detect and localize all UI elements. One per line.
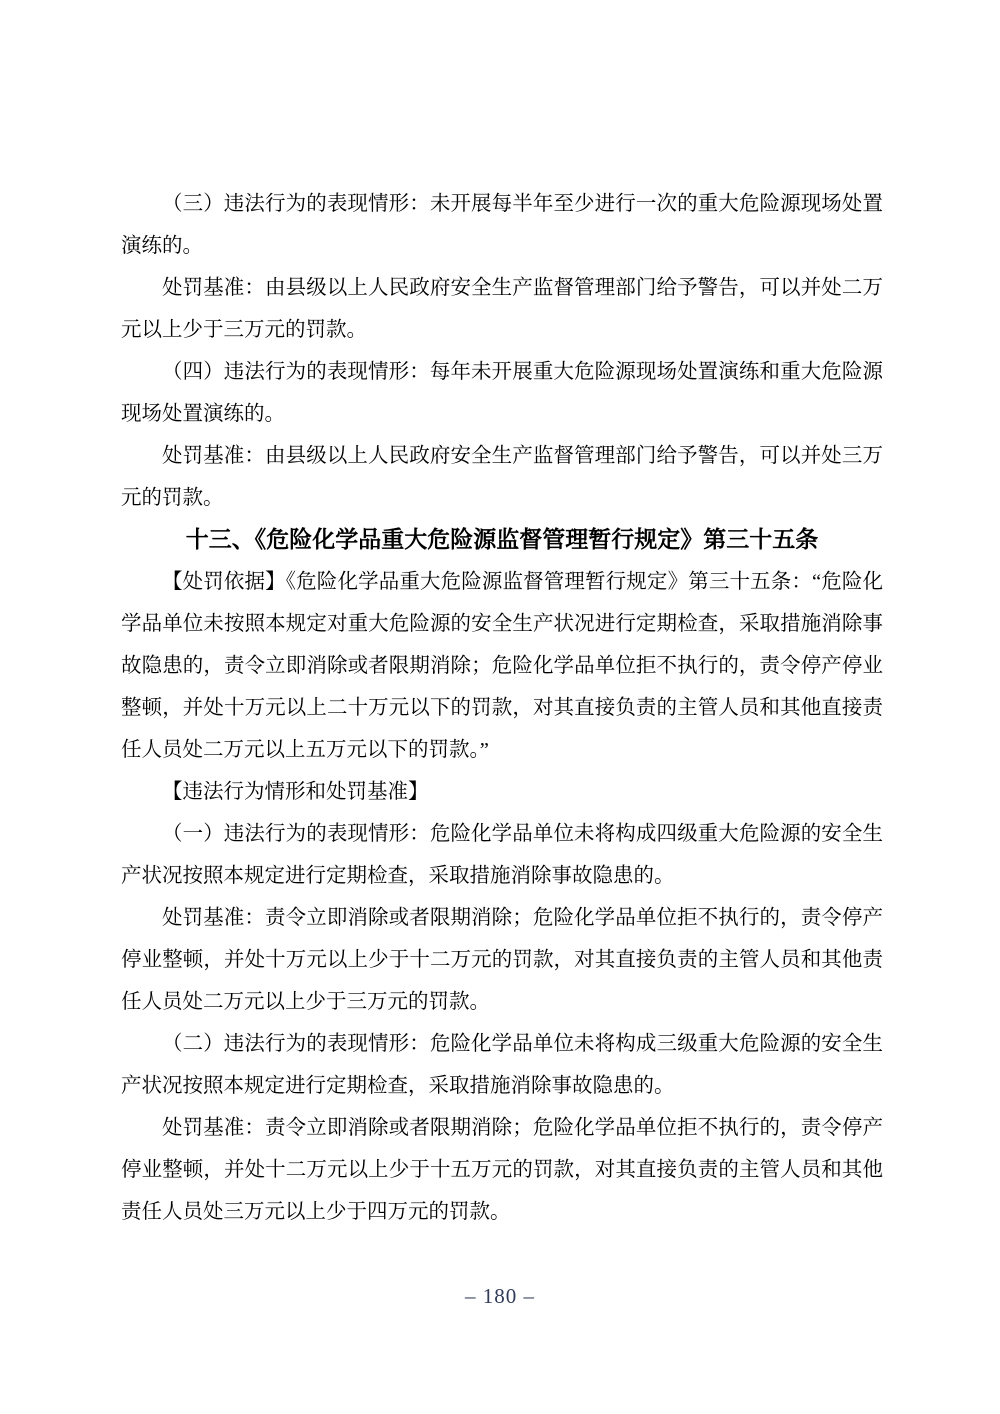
paragraph-violation-3: （三）违法行为的表现情形：未开展每半年至少进行一次的重大危险源现场处置演练的。 xyxy=(121,183,883,267)
document-body: （三）违法行为的表现情形：未开展每半年至少进行一次的重大危险源现场处置演练的。 … xyxy=(121,183,883,1233)
paragraph-violation-1: （一）违法行为的表现情形：危险化学品单位未将构成四级重大危险源的安全生产状况按照… xyxy=(121,813,883,897)
page-number: – 180 – xyxy=(465,1284,535,1308)
paragraph-violation-4: （四）违法行为的表现情形：每年未开展重大危险源现场处置演练和重大危险源现场处置演… xyxy=(121,351,883,435)
paragraph-violation-2: （二）违法行为的表现情形：危险化学品单位未将构成三级重大危险源的安全生产状况按照… xyxy=(121,1023,883,1107)
paragraph-penalty-basis-4: 处罚基准：由县级以上人民政府安全生产监督管理部门给予警告，可以并处三万元的罚款。 xyxy=(121,435,883,519)
paragraph-penalty-basis-3: 处罚基准：由县级以上人民政府安全生产监督管理部门给予警告，可以并处二万元以上少于… xyxy=(121,267,883,351)
document-page: （三）违法行为的表现情形：未开展每半年至少进行一次的重大危险源现场处置演练的。 … xyxy=(0,0,1000,1414)
page-footer: – 180 – xyxy=(0,1284,1000,1309)
paragraph-penalty-basis-1: 处罚基准：责令立即消除或者限期消除；危险化学品单位拒不执行的，责令停产停业整顿，… xyxy=(121,897,883,1023)
paragraph-subheading-violations: 【违法行为情形和处罚基准】 xyxy=(121,771,883,813)
paragraph-penalty-basis-2: 处罚基准：责令立即消除或者限期消除；危险化学品单位拒不执行的，责令停产停业整顿，… xyxy=(121,1107,883,1233)
paragraph-penalty-source: 【处罚依据】《危险化学品重大危险源监督管理暂行规定》第三十五条：“危险化学品单位… xyxy=(121,561,883,771)
section-heading-article-35: 十三、《危险化学品重大危险源监督管理暂行规定》第三十五条 xyxy=(121,519,883,561)
